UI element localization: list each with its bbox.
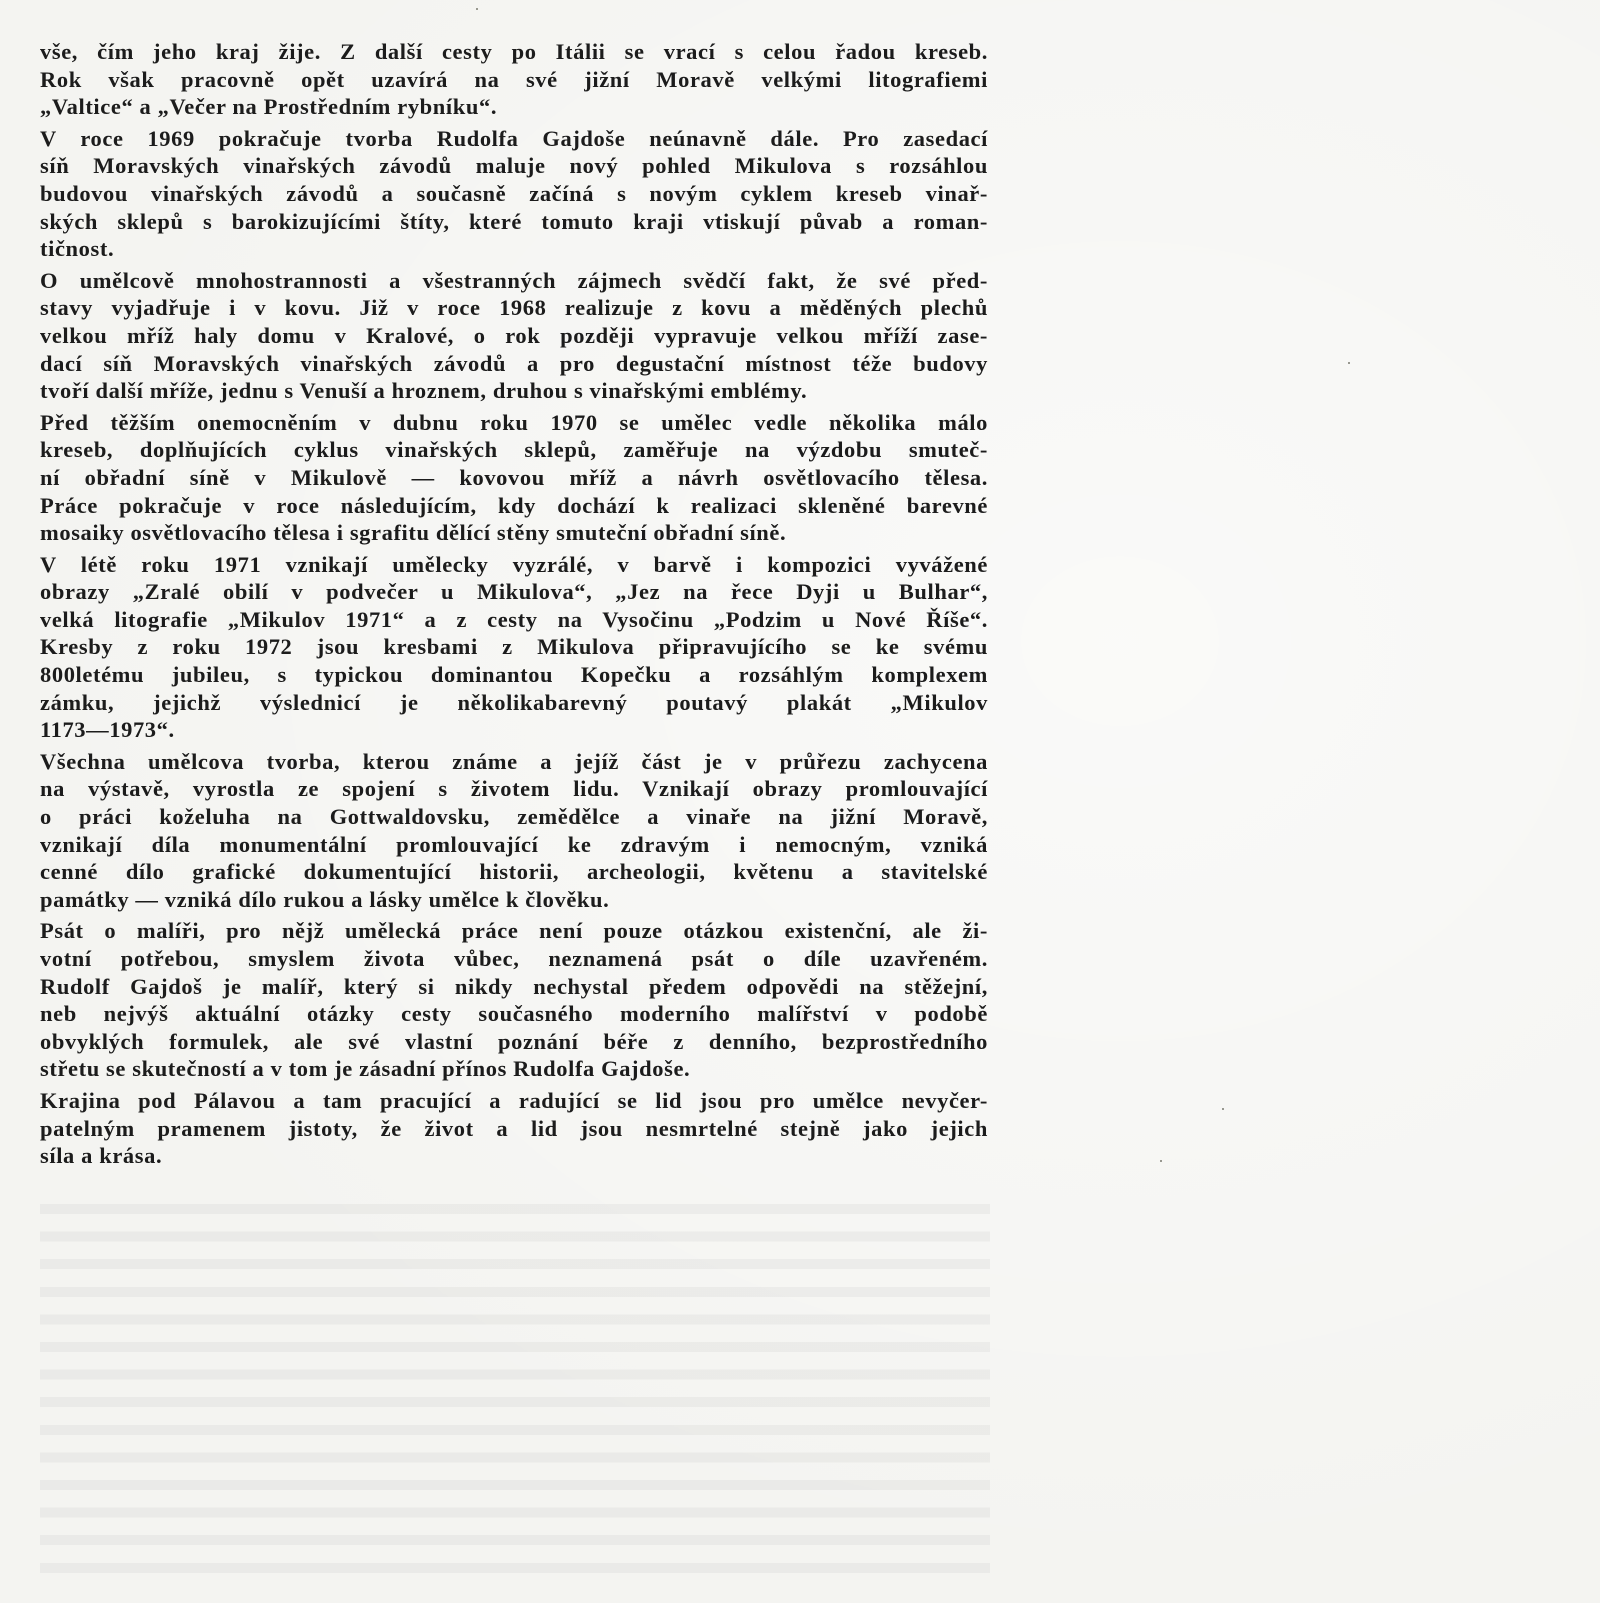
text-line: střetu se skutečností a v tom je zásadní… [40, 1055, 988, 1083]
body-text-column: vše, čím jeho kraj žije. Z další cesty p… [40, 38, 988, 1174]
text-line: Rudolf Gajdoš je malíř, který si nikdy n… [40, 973, 988, 1001]
text-line: obvyklých formulek, ale své vlastní pozn… [40, 1028, 988, 1056]
paragraph-1971-1972: V létě roku 1971 vznikají umělecky vyzrá… [40, 551, 988, 744]
text-line: zámku, jejichž výslednicí je několikabar… [40, 689, 988, 717]
paper-speck [1160, 1160, 1162, 1162]
text-line: mosaiky osvětlovacího tělesa i sgrafitu … [40, 519, 988, 547]
text-line: cenné dílo grafické dokumentující histor… [40, 858, 988, 886]
text-line: na výstavě, vyrostla ze spojení s živote… [40, 775, 988, 803]
text-line: patelným pramenem jistoty, že život a li… [40, 1115, 988, 1143]
text-line: ní obřadní síně v Mikulově — kovovou mří… [40, 464, 988, 492]
text-line: tvoří další mříže, jednu s Venuší a hroz… [40, 377, 988, 405]
text-line: votní potřebou, smyslem života vůbec, ne… [40, 945, 988, 973]
text-line: V létě roku 1971 vznikají umělecky vyzrá… [40, 551, 988, 579]
text-line: obrazy „Zralé obilí v podvečer u Mikulov… [40, 578, 988, 606]
text-line: O umělcově mnohostrannosti a všestrannýc… [40, 267, 988, 295]
paragraph-italy-travels: vše, čím jeho kraj žije. Z další cesty p… [40, 38, 988, 121]
text-line: tičnost. [40, 235, 988, 263]
paper-speck [1348, 362, 1350, 364]
paragraph-all-work: Všechna umělcova tvorba, kterou známe a … [40, 748, 988, 914]
paper-speck [1222, 1108, 1224, 1110]
text-line: velkou mříž haly domu v Kralové, o rok p… [40, 322, 988, 350]
text-line: Práce pokračuje v roce následujícím, kdy… [40, 492, 988, 520]
reverse-side-bleed-through [40, 1190, 990, 1590]
scanned-page: vše, čím jeho kraj žije. Z další cesty p… [0, 0, 1600, 1603]
text-line: o práci koželuha na Gottwaldovsku, zeměd… [40, 803, 988, 831]
paragraph-1970: Před těžším onemocněním v dubnu roku 197… [40, 409, 988, 547]
text-line: ských sklepů s barokizujícími štíty, kte… [40, 208, 988, 236]
text-line: V roce 1969 pokračuje tvorba Rudolfa Gaj… [40, 125, 988, 153]
paragraph-palava-landscape: Krajina pod Pálavou a tam pracující a ra… [40, 1087, 988, 1170]
text-line: „Valtice“ a „Večer na Prostředním rybník… [40, 93, 988, 121]
text-line: Všechna umělcova tvorba, kterou známe a … [40, 748, 988, 776]
text-line: 800letému jubileu, s typickou dominantou… [40, 661, 988, 689]
text-line: vše, čím jeho kraj žije. Z další cesty p… [40, 38, 988, 66]
text-line: budovou vinařských závodů a současně zač… [40, 180, 988, 208]
text-line: síla a krása. [40, 1142, 988, 1170]
text-line: vznikají díla monumentální promlouvající… [40, 831, 988, 859]
text-line: neb nejvýš aktuální otázky cesty současn… [40, 1000, 988, 1028]
text-line: kreseb, doplňujících cyklus vinařských s… [40, 436, 988, 464]
paper-speck [476, 8, 478, 10]
paragraph-1969: V roce 1969 pokračuje tvorba Rudolfa Gaj… [40, 125, 988, 263]
text-line: Rok však pracovně opět uzavírá na své ji… [40, 66, 988, 94]
text-line: 1173—1973“. [40, 716, 988, 744]
text-line: dací síň Moravských vinařských závodů a … [40, 350, 988, 378]
text-line: síň Moravských vinařských závodů maluje … [40, 152, 988, 180]
text-line: Krajina pod Pálavou a tam pracující a ra… [40, 1087, 988, 1115]
text-line: stavy vyjadřuje i v kovu. Již v roce 196… [40, 294, 988, 322]
text-line: Psát o malíři, pro nějž umělecká práce n… [40, 917, 988, 945]
text-line: památky — vzniká dílo rukou a lásky uměl… [40, 886, 988, 914]
text-line: velká litografie „Mikulov 1971“ a z cest… [40, 606, 988, 634]
text-line: Kresby z roku 1972 jsou kresbami z Mikul… [40, 633, 988, 661]
paragraph-metalwork: O umělcově mnohostrannosti a všestrannýc… [40, 267, 988, 405]
paragraph-writing-about-painter: Psát o malíři, pro nějž umělecká práce n… [40, 917, 988, 1083]
text-line: Před těžším onemocněním v dubnu roku 197… [40, 409, 988, 437]
